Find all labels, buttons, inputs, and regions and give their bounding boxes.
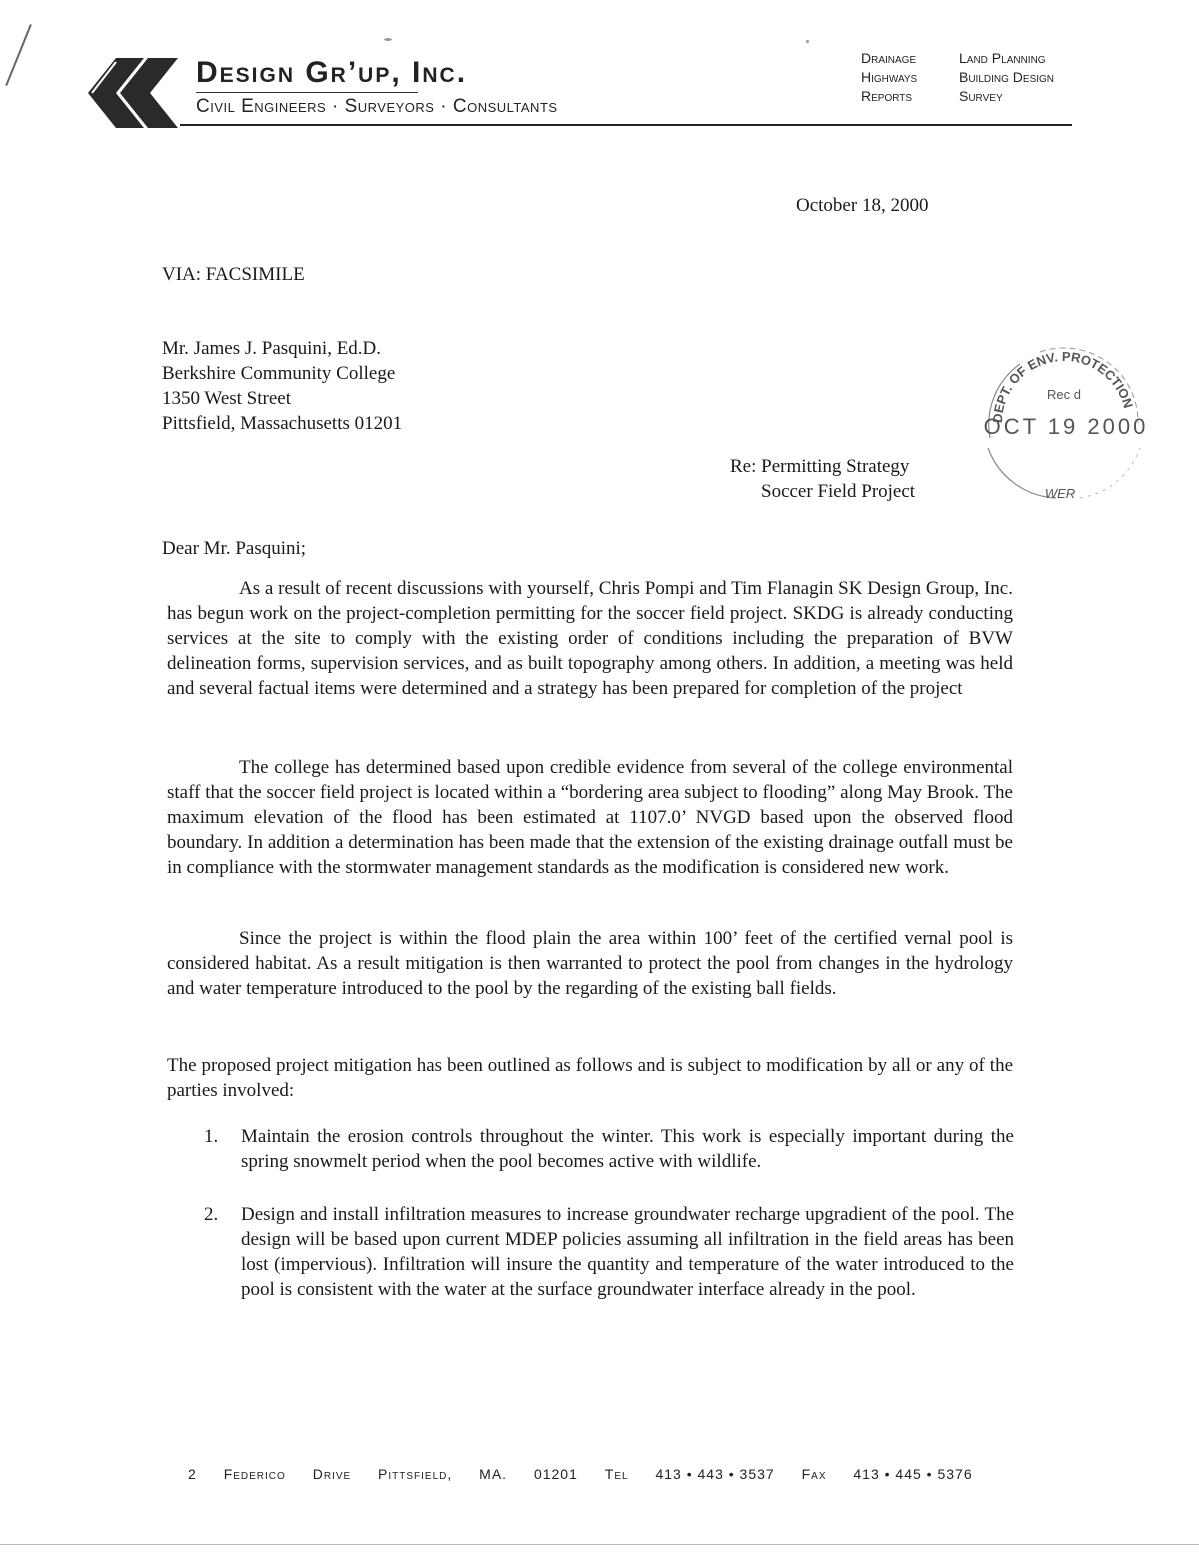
recipient-organization: Berkshire Community College — [162, 361, 402, 386]
footer-zip: 01201 — [534, 1466, 578, 1482]
services-column-2: Land Planning Building Design Survey — [959, 49, 1054, 106]
service-drainage: Drainage — [861, 49, 917, 68]
salutation: Dear Mr. Pasquini; — [162, 536, 306, 561]
recipient-city: Pittsfield, Massachusetts 01201 — [162, 411, 402, 436]
stamp-initials: WER — [1045, 486, 1075, 501]
stamp-date: OCT 19 2000 — [984, 414, 1146, 439]
letterhead-footer: 2 Federico Drive Pittsfield, MA. 01201 T… — [188, 1466, 995, 1482]
company-tagline: Civil Engineers · Surveyors · Consultant… — [196, 96, 558, 118]
service-reports: Reports — [861, 87, 917, 106]
footer-street-number: 2 — [188, 1466, 197, 1482]
service-highways: Highways — [861, 68, 917, 87]
footer-fax-number: 413 • 445 • 5376 — [853, 1466, 972, 1482]
sk-chevron-logo-icon — [86, 58, 182, 128]
received-stamp: DEPT. OF ENV. PROTECTION Rec d OCT 19 20… — [980, 338, 1146, 508]
delivery-method: VIA: FACSIMILE — [162, 262, 305, 287]
service-survey: Survey — [959, 87, 1054, 106]
letterhead-rule — [180, 124, 1072, 126]
body-paragraph-1: As a result of recent discussions with y… — [167, 576, 1013, 701]
company-name-underline — [196, 92, 418, 93]
service-building-design: Building Design — [959, 68, 1054, 87]
mitigation-item-1: 1. Maintain the erosion controls through… — [204, 1124, 1014, 1174]
recipient-address: Mr. James J. Pasquini, Ed.D. Berkshire C… — [162, 336, 402, 436]
footer-street-name: Federico — [224, 1466, 286, 1482]
footer-tel-number: 413 • 443 • 3537 — [655, 1466, 774, 1482]
subject-line-2: Soccer Field Project — [730, 479, 915, 504]
services-column-1: Drainage Highways Reports — [861, 49, 917, 106]
fax-speck — [806, 40, 809, 43]
subject-line-1: Re: Permitting Strategy — [730, 454, 915, 479]
footer-tel-label: Tel — [605, 1466, 629, 1482]
footer-state: MA. — [479, 1466, 507, 1482]
list-number: 2. — [204, 1202, 234, 1227]
company-name: Design Gr’up, Inc. — [196, 56, 467, 90]
page-edge-line — [0, 1544, 1199, 1545]
body-paragraph-4: The proposed project mitigation has been… — [167, 1053, 1013, 1103]
footer-street-type: Drive — [313, 1466, 351, 1482]
subject-line: Re: Permitting Strategy Soccer Field Pro… — [730, 454, 915, 504]
list-text: Maintain the erosion controls throughout… — [241, 1124, 1014, 1174]
list-text: Design and install infiltration measures… — [241, 1202, 1014, 1302]
mitigation-item-2: 2. Design and install infiltration measu… — [204, 1202, 1014, 1302]
recipient-name: Mr. James J. Pasquini, Ed.D. — [162, 336, 402, 361]
pen-mark — [5, 24, 32, 86]
letter-date: October 18, 2000 — [796, 193, 928, 218]
fax-speck — [384, 38, 392, 41]
service-land-planning: Land Planning — [959, 49, 1054, 68]
list-number: 1. — [204, 1124, 234, 1149]
recipient-street: 1350 West Street — [162, 386, 402, 411]
footer-city: Pittsfield, — [378, 1466, 452, 1482]
footer-fax-label: Fax — [802, 1466, 827, 1482]
body-paragraph-3: Since the project is within the flood pl… — [167, 926, 1013, 1001]
body-paragraph-2: The college has determined based upon cr… — [167, 755, 1013, 880]
stamp-received: Rec d — [1047, 387, 1081, 402]
